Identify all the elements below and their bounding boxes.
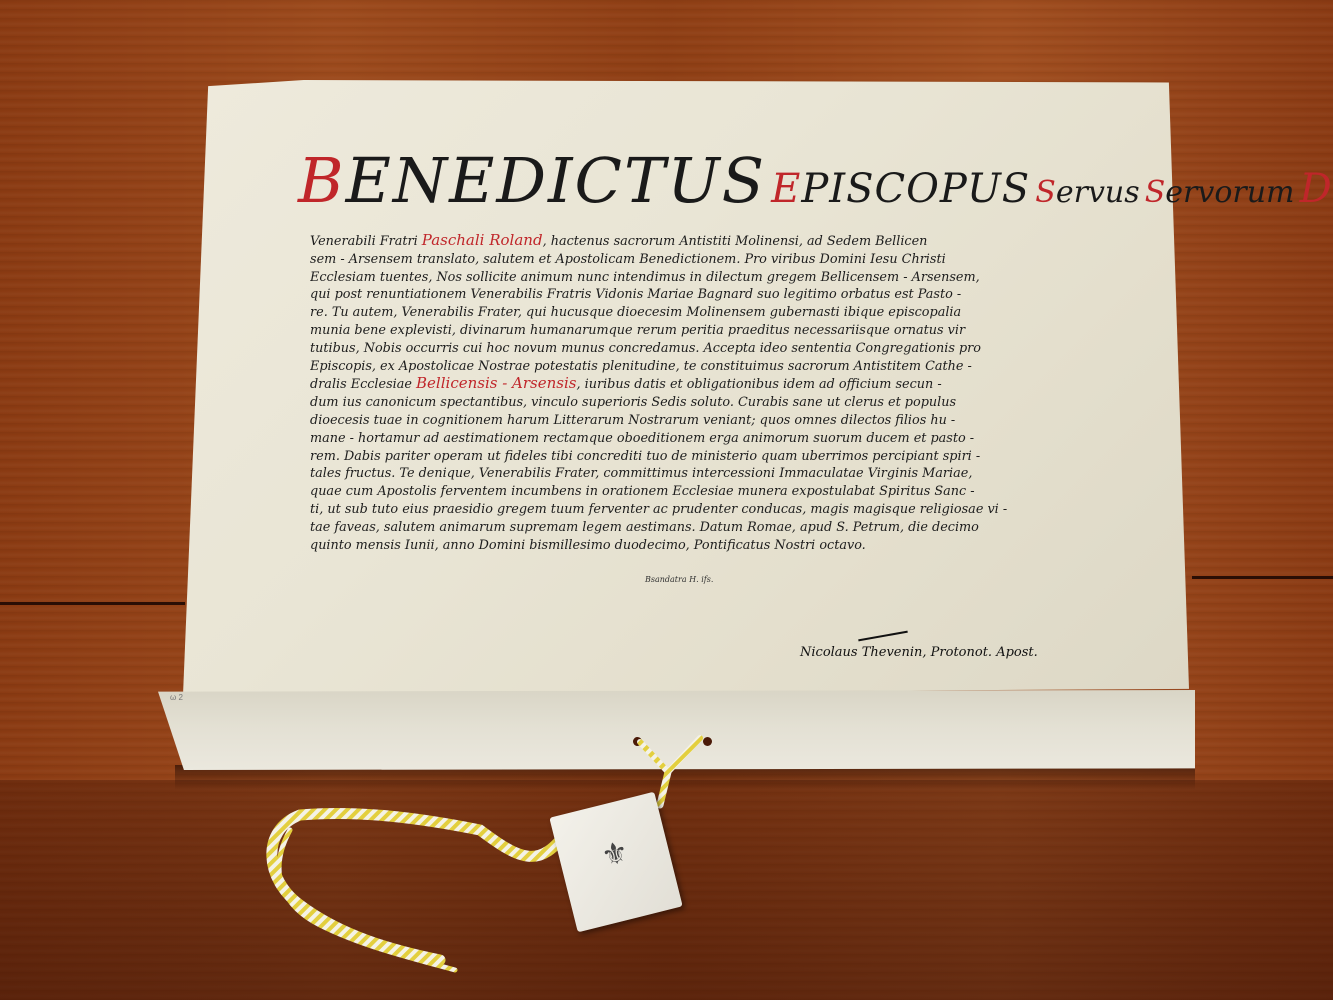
heading-servus: ervus	[1056, 175, 1140, 210]
body-line: dralis Ecclesiae Bellicensis - Arsensis,…	[310, 375, 1050, 394]
body-line: quae cum Apostolis ferventem incumbens i…	[310, 483, 1050, 501]
body-line: ti, ut sub tuto eius praesidio gregem tu…	[310, 501, 1050, 519]
body-line: re. Tu autem, Venerabilis Frater, qui hu…	[310, 304, 1050, 322]
heading-initial-b: B	[298, 144, 346, 217]
plank-seam-left	[0, 602, 185, 605]
document-heading: BENEDICTUS EPISCOPUS Servus Servorum Dei	[298, 150, 1058, 212]
body-line: dioecesis tuae in cognitionem harum Litt…	[310, 412, 1050, 430]
body-line: tutibus, Nobis occurris cui hoc novum mu…	[310, 340, 1050, 358]
heading-initial-e: E	[771, 166, 801, 212]
body-line: dum ius canonicum spectantibus, vinculo …	[310, 394, 1050, 412]
registry-note: Bsandatra H. ifs.	[645, 575, 713, 584]
body-line: qui post renuntiationem Venerabilis Frat…	[310, 286, 1050, 304]
plica-note: ω 2	[170, 693, 183, 702]
body-line: Ecclesiam tuentes, Nos sollicite animum …	[310, 269, 1050, 287]
body-line: munia bene explevisti, divinarum humanar…	[310, 322, 1050, 340]
body-line: rem. Dabis pariter operam ut fideles tib…	[310, 448, 1050, 466]
body-line: Episcopis, ex Apostolicae Nostrae potest…	[310, 358, 1050, 376]
heading-initial-d: D	[1300, 166, 1333, 212]
heading-initial-s1: S	[1035, 175, 1056, 210]
document-body: Venerabili Fratri Paschali Roland, hacte…	[310, 232, 1050, 554]
folded-plica	[158, 690, 1195, 770]
cord-hole-left	[633, 737, 642, 746]
heading-benedictus: ENEDICTUS	[346, 144, 767, 217]
diocese-name: Bellicensis - Arsensis	[416, 375, 576, 392]
heading-initial-s2: S	[1145, 175, 1166, 210]
cord-hole-right	[703, 737, 712, 746]
recipient-name: Paschali Roland	[422, 232, 543, 249]
heading-servorum: ervorum	[1165, 175, 1294, 210]
body-line: Venerabili Fratri Paschali Roland, hacte…	[310, 232, 1050, 251]
body-line: tae faveas, salutem animarum supremam le…	[310, 519, 1050, 537]
body-line: sem - Arsensem translato, salutem et Apo…	[310, 251, 1050, 269]
body-line: mane - hortamur ad aestimationem rectamq…	[310, 430, 1050, 448]
protonotary-signature: Nicolaus Thevenin, Protonot. Apost.	[800, 645, 1038, 660]
body-line: tales fructus. Te denique, Venerabilis F…	[310, 465, 1050, 483]
plank-seam-right	[1192, 576, 1333, 579]
papal-coat-of-arms-icon: ⚜	[594, 831, 637, 878]
body-line: quinto mensis Iunii, anno Domini bismill…	[310, 537, 1050, 555]
heading-episcopus: PISCOPUS	[801, 166, 1030, 212]
